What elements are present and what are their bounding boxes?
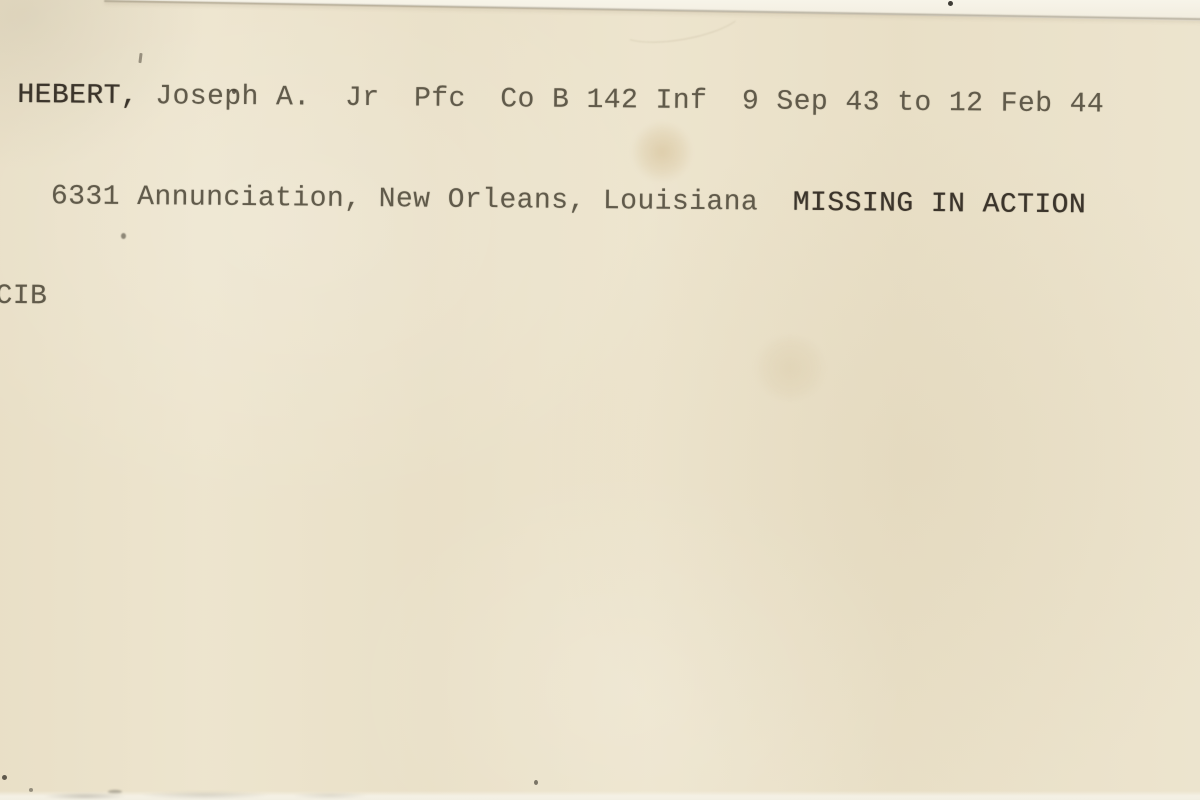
award-cib: CIB [0, 281, 47, 312]
soldier-name: HEBERT, [17, 80, 138, 112]
typed-text-block: HEBERT, Joseph A. Jr Pfc Co B 142 Inf 9 … [15, 12, 1105, 390]
ink-speck [948, 1, 953, 6]
service-details: Joseph A. Jr Pfc Co B 142 Inf 9 Sep 43 t… [138, 81, 1104, 120]
ink-speck [232, 89, 236, 94]
status-missing-in-action: MISSING IN ACTION [758, 187, 1086, 221]
paper-stain-faint [752, 336, 828, 400]
paper-speck [121, 233, 126, 239]
paper-speck [2, 775, 7, 780]
home-address: 6331 Annunciation, New Orleans, Louisian… [16, 180, 758, 217]
scanned-index-card: HEBERT, Joseph A. Jr Pfc Co B 142 Inf 9 … [0, 0, 1200, 800]
paper-stain [630, 122, 694, 182]
card-line-1: HEBERT, Joseph A. Jr Pfc Co B 142 Inf 9 … [17, 79, 1104, 122]
card-line-2: 6331 Annunciation, New Orleans, Louisian… [16, 179, 1103, 222]
bottom-edge-smudge [0, 787, 430, 800]
card-line-3: CIB [0, 280, 1103, 323]
paper-speck [534, 780, 538, 785]
